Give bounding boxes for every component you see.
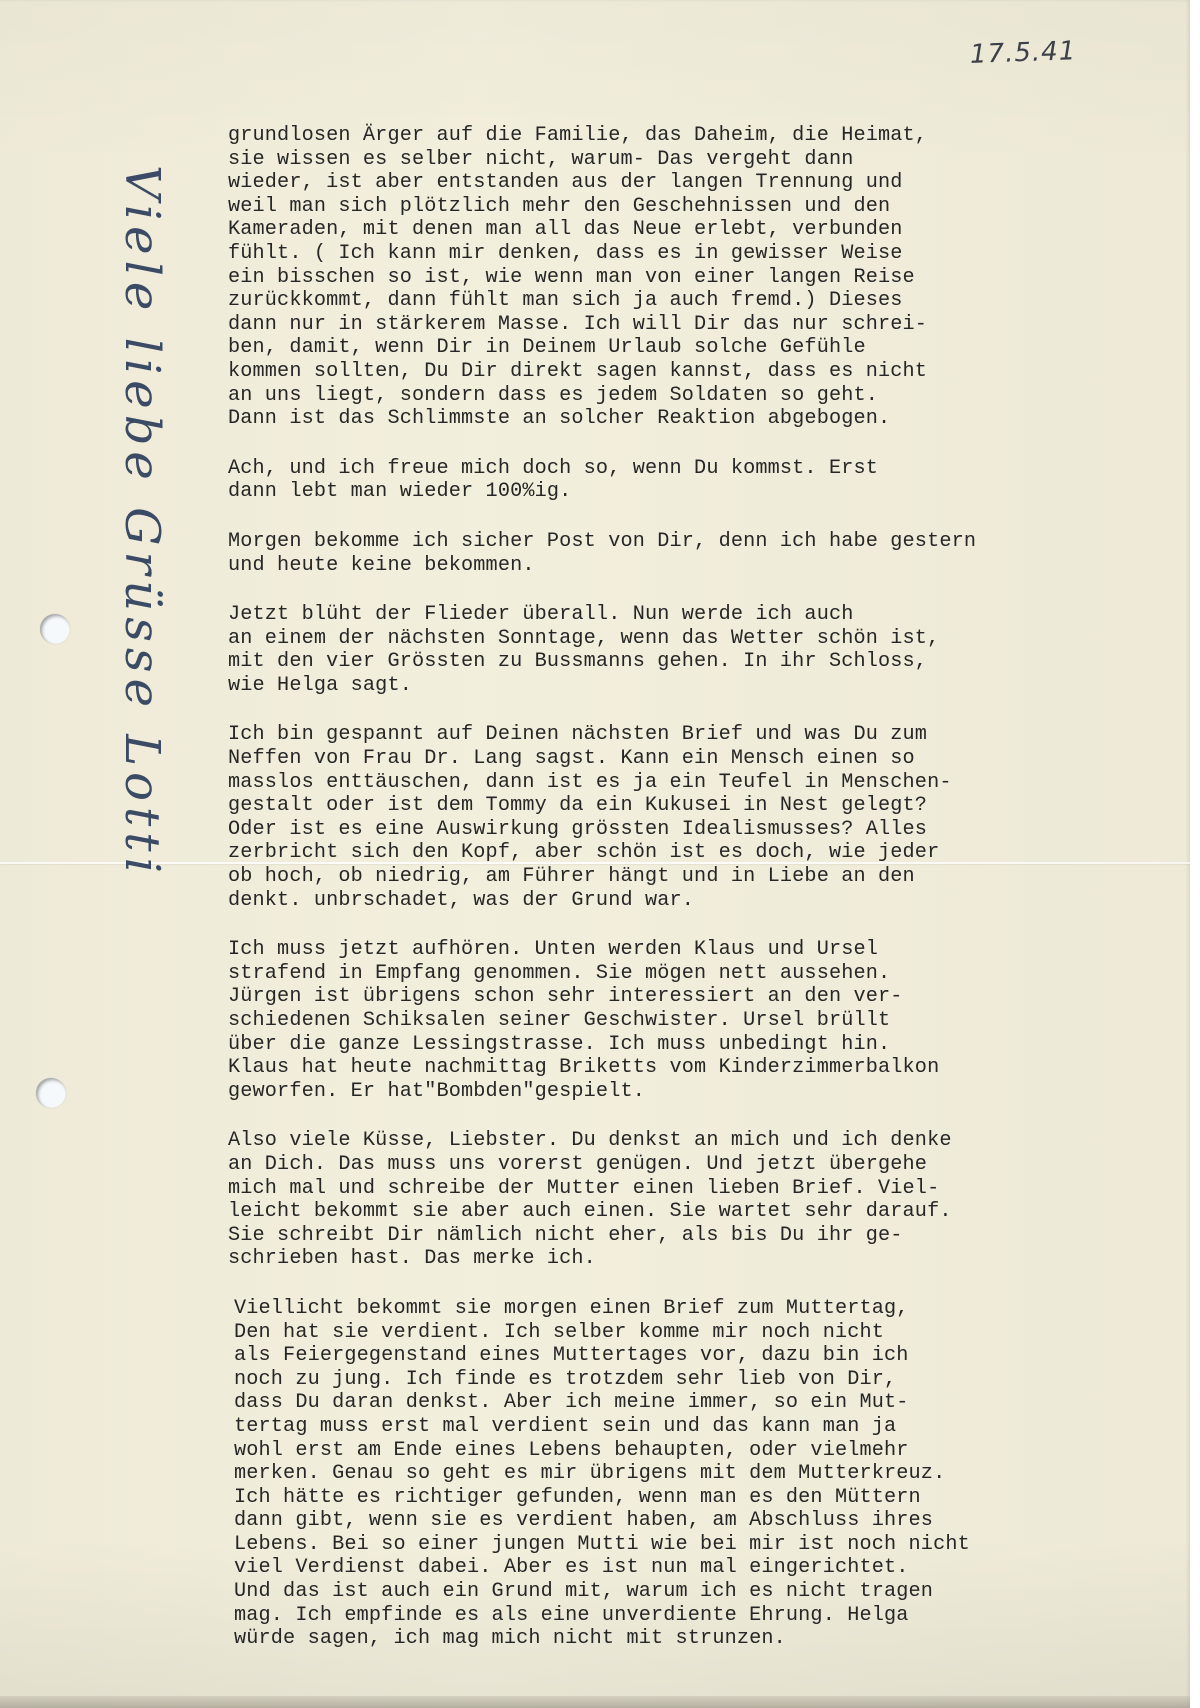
- letter-line: Lebens. Bei so einer jungen Mutti wie be…: [234, 1533, 1148, 1557]
- letter-line: Dann ist das Schlimmste an solcher Reakt…: [228, 407, 1148, 431]
- letter-line: Neffen von Frau Dr. Lang sagst. Kann ein…: [228, 747, 1148, 771]
- letter-line: geworfen. Er hat"Bombden"gespielt.: [228, 1080, 1148, 1104]
- letter-line: an einem der nächsten Sonntage, wenn das…: [228, 627, 1148, 651]
- page-bottom-edge: [0, 1696, 1190, 1708]
- letter-line: tertag muss erst mal verdient sein und d…: [234, 1415, 1148, 1439]
- letter-line: Morgen bekomme ich sicher Post von Dir, …: [228, 530, 1148, 554]
- letter-line: Oder ist es eine Auswirkung grössten Ide…: [228, 818, 1148, 842]
- letter-line: grundlosen Ärger auf die Familie, das Da…: [228, 124, 1148, 148]
- letter-line: Sie schreibt Dir nämlich nicht eher, als…: [228, 1224, 1148, 1248]
- letter-line: gestalt oder ist dem Tommy da ein Kukuse…: [228, 794, 1148, 818]
- letter-line: dann lebt man wieder 100%ig.: [228, 480, 1148, 504]
- letter-line: merken. Genau so geht es mir übrigens mi…: [234, 1462, 1148, 1486]
- letter-line: zurückkommt, dann fühlt man sich ja auch…: [228, 289, 1148, 313]
- letter-line: Den hat sie verdient. Ich selber komme m…: [234, 1321, 1148, 1345]
- letter-line: an Dich. Das muss uns vorerst genügen. U…: [228, 1153, 1148, 1177]
- punch-hole-top: [40, 614, 70, 644]
- letter-line: strafend in Empfang genommen. Sie mögen …: [228, 962, 1148, 986]
- letter-paragraph: Also viele Küsse, Liebster. Du denkst an…: [228, 1129, 1148, 1271]
- letter-line: wieder, ist aber entstanden aus der lang…: [228, 171, 1148, 195]
- letter-line: mit den vier Grössten zu Bussmanns gehen…: [228, 650, 1148, 674]
- letter-line: Und das ist auch ein Grund mit, warum ic…: [234, 1580, 1148, 1604]
- letter-line: dass Du daran denkst. Aber ich meine imm…: [234, 1391, 1148, 1415]
- letter-line: wohl erst am Ende eines Lebens behaupten…: [234, 1439, 1148, 1463]
- letter-line: dann nur in stärkerem Masse. Ich will Di…: [228, 313, 1148, 337]
- letter-line: sie wissen es selber nicht, warum- Das v…: [228, 148, 1148, 172]
- letter-line: schrieben hast. Das merke ich.: [228, 1247, 1148, 1271]
- letter-line: würde sagen, ich mag mich nicht mit stru…: [234, 1627, 1148, 1651]
- letter-line: Ach, und ich freue mich doch so, wenn Du…: [228, 457, 1148, 481]
- letter-line: fühlt. ( Ich kann mir denken, dass es in…: [228, 242, 1148, 266]
- typewritten-letter-body: grundlosen Ärger auf die Familie, das Da…: [228, 124, 1148, 1677]
- letter-line: Klaus hat heute nachmittag Briketts vom …: [228, 1056, 1148, 1080]
- letter-line: zerbricht sich den Kopf, aber schön ist …: [228, 841, 1148, 865]
- letter-line: schiedenen Schiksalen seiner Geschwister…: [228, 1009, 1148, 1033]
- letter-line: und heute keine bekommen.: [228, 554, 1148, 578]
- letter-paragraph: grundlosen Ärger auf die Familie, das Da…: [228, 124, 1148, 431]
- letter-line: wie Helga sagt.: [228, 674, 1148, 698]
- letter-line: Also viele Küsse, Liebster. Du denkst an…: [228, 1129, 1148, 1153]
- letter-line: Ich hätte es richtiger gefunden, wenn ma…: [234, 1486, 1148, 1510]
- letter-line: weil man sich plötzlich mehr den Gescheh…: [228, 195, 1148, 219]
- letter-line: über die ganze Lessingstrasse. Ich muss …: [228, 1033, 1148, 1057]
- letter-line: als Feiergegenstand eines Muttertages vo…: [234, 1344, 1148, 1368]
- letter-line: an uns liegt, sondern dass es jedem Sold…: [228, 384, 1148, 408]
- letter-line: noch zu jung. Ich finde es trotzdem sehr…: [234, 1368, 1148, 1392]
- letter-page: 17.5.41 Viele liebe Grüsse Lotti grundlo…: [0, 0, 1190, 1708]
- letter-paragraph: Ich bin gespannt auf Deinen nächsten Bri…: [228, 723, 1148, 912]
- letter-line: ben, damit, wenn Dir in Deinem Urlaub so…: [228, 336, 1148, 360]
- letter-line: denkt. unbrschadet, was der Grund war.: [228, 889, 1148, 913]
- letter-line: Viellicht bekommt sie morgen einen Brief…: [234, 1297, 1148, 1321]
- letter-line: ob hoch, ob niedrig, am Führer hängt und…: [228, 865, 1148, 889]
- punch-hole-bottom: [36, 1078, 66, 1108]
- handwritten-date: 17.5.41: [970, 36, 1077, 70]
- letter-paragraph: Ich muss jetzt aufhören. Unten werden Kl…: [228, 938, 1148, 1103]
- letter-line: dann gibt, wenn sie es verdient haben, a…: [234, 1509, 1148, 1533]
- letter-line: mag. Ich empfinde es als eine unverdient…: [234, 1604, 1148, 1628]
- letter-line: Ich muss jetzt aufhören. Unten werden Kl…: [228, 938, 1148, 962]
- letter-line: mich mal und schreibe der Mutter einen l…: [228, 1177, 1148, 1201]
- letter-line: kommen sollten, Du Dir direkt sagen kann…: [228, 360, 1148, 384]
- letter-line: Ich bin gespannt auf Deinen nächsten Bri…: [228, 723, 1148, 747]
- letter-paragraph: Viellicht bekommt sie morgen einen Brief…: [234, 1297, 1148, 1651]
- letter-line: viel Verdienst dabei. Aber es ist nun ma…: [234, 1556, 1148, 1580]
- letter-line: Kameraden, mit denen man all das Neue er…: [228, 218, 1148, 242]
- letter-paragraph: Jetzt blüht der Flieder überall. Nun wer…: [228, 603, 1148, 697]
- letter-line: masslos enttäuschen, dann ist es ja ein …: [228, 771, 1148, 795]
- letter-paragraph: Morgen bekomme ich sicher Post von Dir, …: [228, 530, 1148, 577]
- letter-paragraph: Ach, und ich freue mich doch so, wenn Du…: [228, 457, 1148, 504]
- letter-line: leicht bekommt sie aber auch einen. Sie …: [228, 1200, 1148, 1224]
- handwritten-margin-greeting: Viele liebe Grüsse Lotti: [112, 165, 172, 725]
- letter-line: ein bisschen so ist, wie wenn man von ei…: [228, 266, 1148, 290]
- letter-line: Jürgen ist übrigens schon sehr interessi…: [228, 985, 1148, 1009]
- letter-line: Jetzt blüht der Flieder überall. Nun wer…: [228, 603, 1148, 627]
